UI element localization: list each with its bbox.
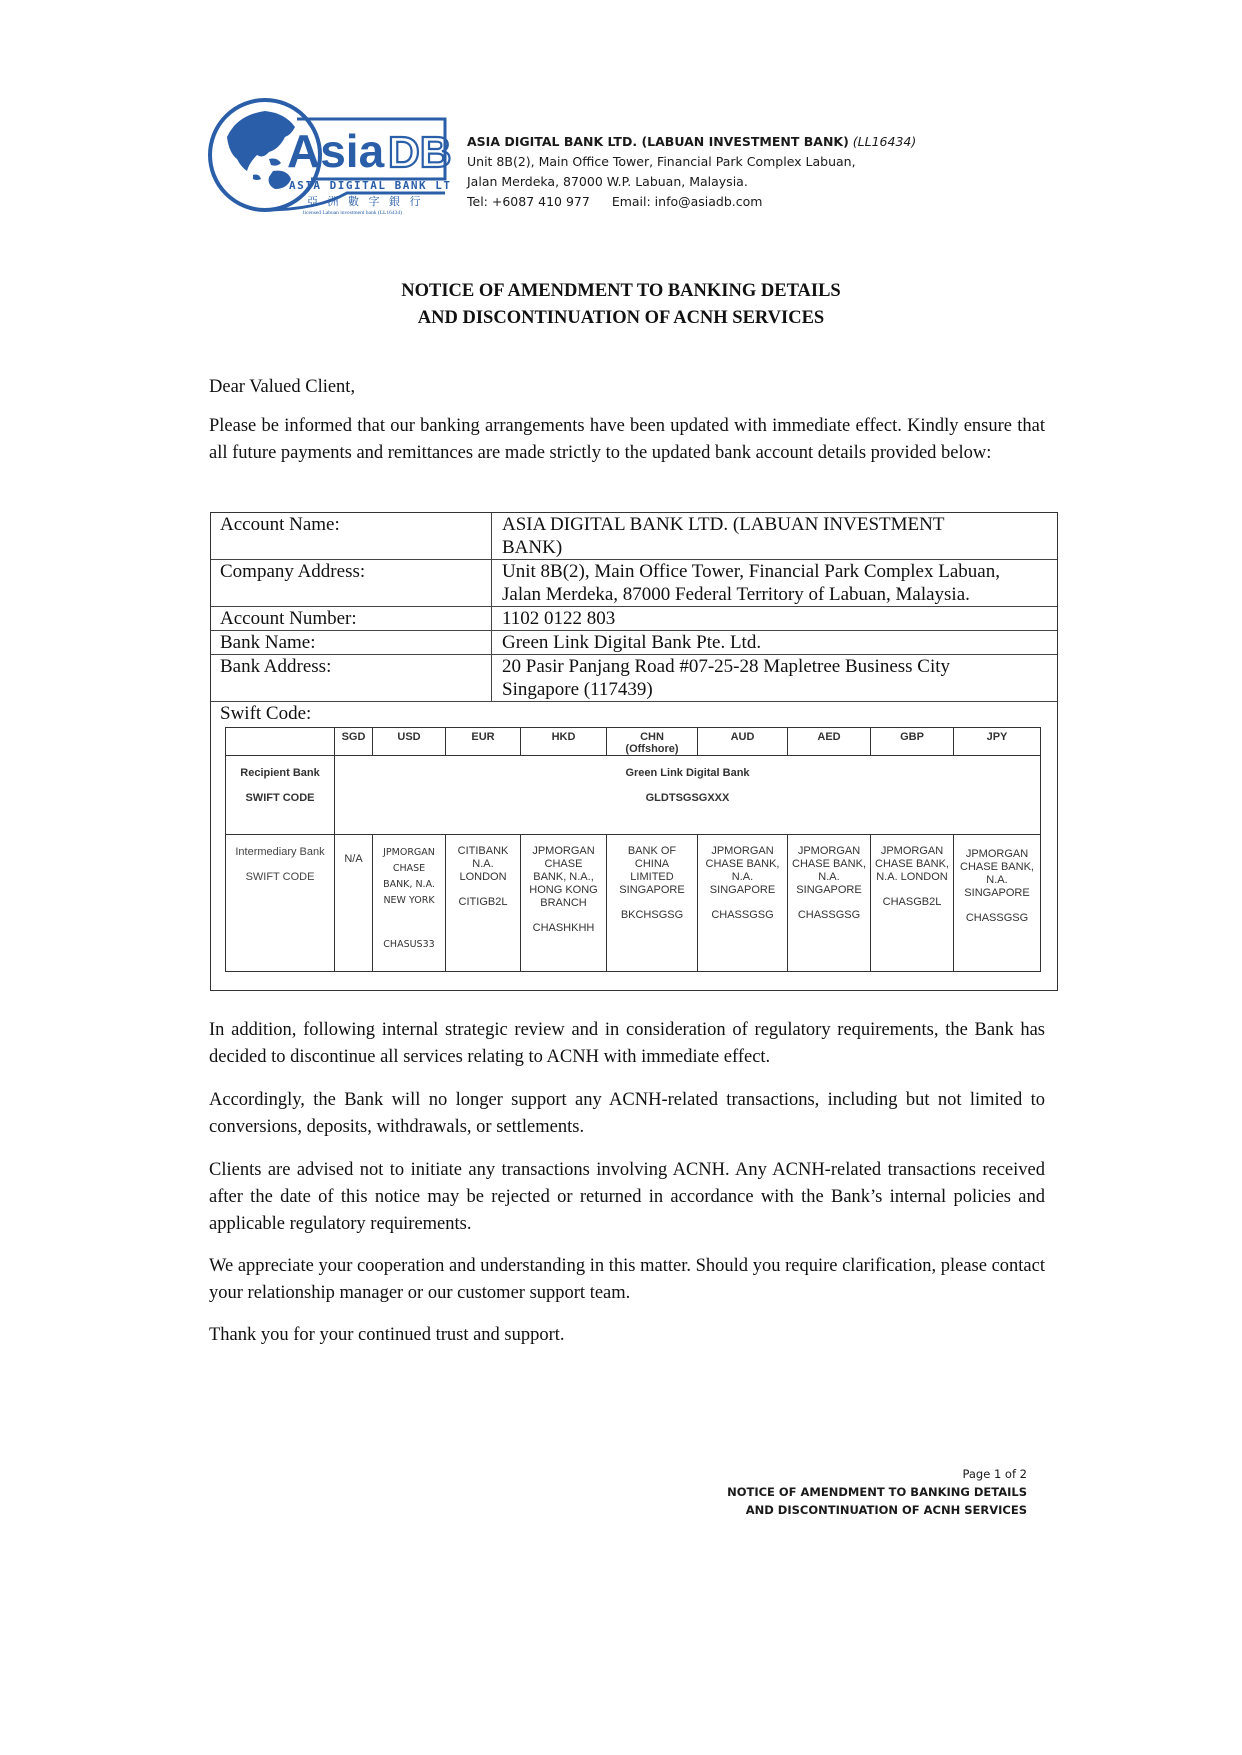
letterhead-name-line: ASIA DIGITAL BANK LTD. (LABUAN INVESTMEN… xyxy=(467,132,916,152)
details-label: Account Number: xyxy=(211,607,492,630)
value-line: Singapore (117439) xyxy=(502,678,1057,701)
swift-code: CHASSGSG xyxy=(698,909,787,922)
details-label: Company Address: xyxy=(211,560,492,606)
svg-text:DB: DB xyxy=(388,128,452,177)
page-footer: Page 1 of 2 NOTICE OF AMENDMENT TO BANKI… xyxy=(727,1465,1027,1519)
bank-line: CHASE BANK, xyxy=(698,858,787,871)
corner-cell xyxy=(226,728,335,756)
contact-line: Tel: +6087 410 977Email: info@asiadb.com xyxy=(467,192,916,212)
bank-line: N.A. xyxy=(446,858,520,871)
details-value: ASIA DIGITAL BANK LTD. (LABUAN INVESTMEN… xyxy=(492,513,1057,559)
intermediary-cell-jpy: JPMORGAN CHASE BANK, N.A. SINGAPORE CHAS… xyxy=(954,835,1041,972)
intermediary-cell-gbp: JPMORGAN CHASE BANK, N.A. LONDON CHASGB2… xyxy=(871,835,954,972)
value-line: BANK) xyxy=(502,536,1057,559)
page-number: Page 1 of 2 xyxy=(727,1465,1027,1483)
bank-line: HONG KONG xyxy=(521,884,606,897)
bank-line: JPMORGAN xyxy=(521,845,606,858)
bank-line: N.A. xyxy=(788,871,870,884)
currency-header: SGD xyxy=(335,728,373,756)
intermediary-cell-usd: JPMORGAN CHASE BANK, N.A. NEW YORK CHASU… xyxy=(373,835,446,972)
paragraph-thanks: Thank you for your continued trust and s… xyxy=(209,1322,1045,1349)
bank-line: NEW YORK xyxy=(373,893,445,909)
bank-line: LONDON xyxy=(446,871,520,884)
currency-header: EUR xyxy=(446,728,521,756)
asiadb-logo: Asia DB ASIA DIGITAL BANK LTD. 亞 洲 數 字 銀… xyxy=(207,97,452,217)
label-line: Intermediary Bank xyxy=(226,840,334,865)
currency-note: (Offshore) xyxy=(607,743,697,755)
details-value: 20 Pasir Panjang Road #07-25-28 Mapletre… xyxy=(492,655,1057,701)
bank-line: CHINA xyxy=(607,858,697,871)
currency-code: CHN xyxy=(607,731,697,743)
intermediary-bank-label: Intermediary Bank SWIFT CODE xyxy=(226,835,335,972)
swift-code: CHASGB2L xyxy=(871,896,953,909)
registration-number: (LL16434) xyxy=(853,134,916,149)
intermediary-cell-hkd: JPMORGAN CHASE BANK, N.A., HONG KONG BRA… xyxy=(521,835,607,972)
recipient-bank-value: Green Link Digital Bank GLDTSGSGXXX xyxy=(335,756,1041,835)
svg-text:ASIA DIGITAL BANK LTD.: ASIA DIGITAL BANK LTD. xyxy=(289,179,452,192)
bank-line: JPMORGAN xyxy=(954,848,1040,861)
banking-details-table: Account Name: ASIA DIGITAL BANK LTD. (LA… xyxy=(210,512,1058,991)
footer-title-line-1: NOTICE OF AMENDMENT TO BANKING DETAILS xyxy=(727,1483,1027,1501)
paragraph-no-support: Accordingly, the Bank will no longer sup… xyxy=(209,1087,1045,1141)
swift-code: CITIGB2L xyxy=(446,896,520,909)
swift-header-row: SGD USD EUR HKD CHN (Offshore) AUD AED G… xyxy=(226,728,1041,756)
currency-header-chn: CHN (Offshore) xyxy=(607,728,698,756)
recipient-bank-name: Green Link Digital Bank xyxy=(335,761,1040,786)
currency-header: AED xyxy=(788,728,871,756)
swift-code-table: SGD USD EUR HKD CHN (Offshore) AUD AED G… xyxy=(225,727,1041,972)
details-label: Bank Name: xyxy=(211,631,492,654)
globe-logo-icon: Asia DB ASIA DIGITAL BANK LTD. 亞 洲 數 字 銀… xyxy=(207,97,452,217)
value-line: Jalan Merdeka, 87000 Federal Territory o… xyxy=(502,583,1057,606)
swift-code-section: Swift Code: SGD USD EUR HKD CHN (Offshor… xyxy=(211,702,1057,990)
bank-line: JPMORGAN xyxy=(871,845,953,858)
label-line: Recipient Bank xyxy=(226,761,334,786)
details-row-account-name: Account Name: ASIA DIGITAL BANK LTD. (LA… xyxy=(211,513,1057,560)
bank-line: BANK, N.A., xyxy=(521,871,606,884)
details-value: Green Link Digital Bank Pte. Ltd. xyxy=(492,631,1057,654)
swift-code: CHASHKHH xyxy=(521,922,606,935)
currency-header: GBP xyxy=(871,728,954,756)
bank-line: SINGAPORE xyxy=(607,884,697,897)
intermediary-cell-eur: CITIBANK N.A. LONDON CITIGB2L xyxy=(446,835,521,972)
bank-line: CHASE BANK, xyxy=(788,858,870,871)
details-row-account-number: Account Number: 1102 0122 803 xyxy=(211,607,1057,631)
title-line-1: NOTICE OF AMENDMENT TO BANKING DETAILS xyxy=(0,278,1242,305)
svg-text:Asia: Asia xyxy=(287,125,385,177)
recipient-swift-code: GLDTSGSGXXX xyxy=(335,786,1040,811)
value-line: 1102 0122 803 xyxy=(502,607,1057,630)
details-value: 1102 0122 803 xyxy=(492,607,1057,630)
address-line-2: Jalan Merdeka, 87000 W.P. Labuan, Malays… xyxy=(467,172,916,192)
notice-title: NOTICE OF AMENDMENT TO BANKING DETAILS A… xyxy=(0,278,1242,332)
details-value: Unit 8B(2), Main Office Tower, Financial… xyxy=(492,560,1057,606)
swift-code: CHASSGSG xyxy=(954,912,1040,925)
bank-line: JPMORGAN xyxy=(698,845,787,858)
address-line-1: Unit 8B(2), Main Office Tower, Financial… xyxy=(467,152,916,172)
recipient-bank-row: Recipient Bank SWIFT CODE Green Link Dig… xyxy=(226,756,1041,835)
paragraph-client-advice: Clients are advised not to initiate any … xyxy=(209,1157,1045,1238)
svg-text:亞 洲 數 字 銀 行: 亞 洲 數 字 銀 行 xyxy=(307,194,423,208)
details-label: Account Name: xyxy=(211,513,492,559)
value-line: 20 Pasir Panjang Road #07-25-28 Mapletre… xyxy=(502,655,1057,678)
bank-line: BANK OF xyxy=(607,845,697,858)
bank-line: JPMORGAN xyxy=(788,845,870,858)
bank-line: CHASE BANK, xyxy=(954,861,1040,874)
greeting: Dear Valued Client, xyxy=(209,374,1045,401)
paragraph-discontinuation: In addition, following internal strategi… xyxy=(209,1017,1045,1071)
value-line: Unit 8B(2), Main Office Tower, Financial… xyxy=(502,560,1057,583)
telephone: Tel: +6087 410 977 xyxy=(467,194,590,209)
bank-line: JPMORGAN xyxy=(373,845,445,861)
label-line: SWIFT CODE xyxy=(226,865,334,890)
bank-line: N.A. xyxy=(698,871,787,884)
bank-line: CITIBANK xyxy=(446,845,520,858)
currency-header: USD xyxy=(373,728,446,756)
details-label: Bank Address: xyxy=(211,655,492,701)
svg-text:licensed Labuan investment ban: licensed Labuan investment bank (LL16434… xyxy=(303,209,402,216)
bank-line: N/A xyxy=(335,853,372,866)
details-row-company-address: Company Address: Unit 8B(2), Main Office… xyxy=(211,560,1057,607)
swift-code: CHASUS33 xyxy=(373,937,445,953)
intermediary-cell-aud: JPMORGAN CHASE BANK, N.A. SINGAPORE CHAS… xyxy=(698,835,788,972)
recipient-bank-label: Recipient Bank SWIFT CODE xyxy=(226,756,335,835)
swift-code-label: Swift Code: xyxy=(220,702,311,725)
intro-paragraph: Please be informed that our banking arra… xyxy=(209,413,1045,467)
bank-line: CHASE BANK, xyxy=(871,858,953,871)
bank-line: BRANCH xyxy=(521,897,606,910)
bank-line: LIMITED xyxy=(607,871,697,884)
bank-name: ASIA DIGITAL BANK LTD. (LABUAN INVESTMEN… xyxy=(467,134,849,149)
bank-line: N.A. LONDON xyxy=(871,871,953,884)
value-line: Green Link Digital Bank Pte. Ltd. xyxy=(502,631,1057,654)
bank-line: CHASE xyxy=(373,861,445,877)
bank-line: SINGAPORE xyxy=(954,887,1040,900)
email: Email: info@asiadb.com xyxy=(612,194,763,209)
bank-line: SINGAPORE xyxy=(788,884,870,897)
currency-header: HKD xyxy=(521,728,607,756)
swift-code: BKCHSGSG xyxy=(607,909,697,922)
intermediary-cell-aed: JPMORGAN CHASE BANK, N.A. SINGAPORE CHAS… xyxy=(788,835,871,972)
title-line-2: AND DISCONTINUATION OF ACNH SERVICES xyxy=(0,305,1242,332)
intermediary-cell-sgd: N/A xyxy=(335,835,373,972)
bank-line: N.A. xyxy=(954,874,1040,887)
bank-line: BANK, N.A. xyxy=(373,877,445,893)
label-line: SWIFT CODE xyxy=(226,786,334,811)
bank-line: CHASE xyxy=(521,858,606,871)
bank-line: SINGAPORE xyxy=(698,884,787,897)
letterhead: ASIA DIGITAL BANK LTD. (LABUAN INVESTMEN… xyxy=(467,132,916,212)
details-row-bank-address: Bank Address: 20 Pasir Panjang Road #07-… xyxy=(211,655,1057,702)
intermediary-bank-row: Intermediary Bank SWIFT CODE N/A JPMORGA… xyxy=(226,835,1041,972)
swift-code: CHASSGSG xyxy=(788,909,870,922)
currency-header: AUD xyxy=(698,728,788,756)
intermediary-cell-chn: BANK OF CHINA LIMITED SINGAPORE BKCHSGSG xyxy=(607,835,698,972)
details-row-bank-name: Bank Name: Green Link Digital Bank Pte. … xyxy=(211,631,1057,655)
paragraph-contact: We appreciate your cooperation and under… xyxy=(209,1253,1045,1307)
value-line: ASIA DIGITAL BANK LTD. (LABUAN INVESTMEN… xyxy=(502,513,1057,536)
currency-header: JPY xyxy=(954,728,1041,756)
footer-title-line-2: AND DISCONTINUATION OF ACNH SERVICES xyxy=(727,1501,1027,1519)
